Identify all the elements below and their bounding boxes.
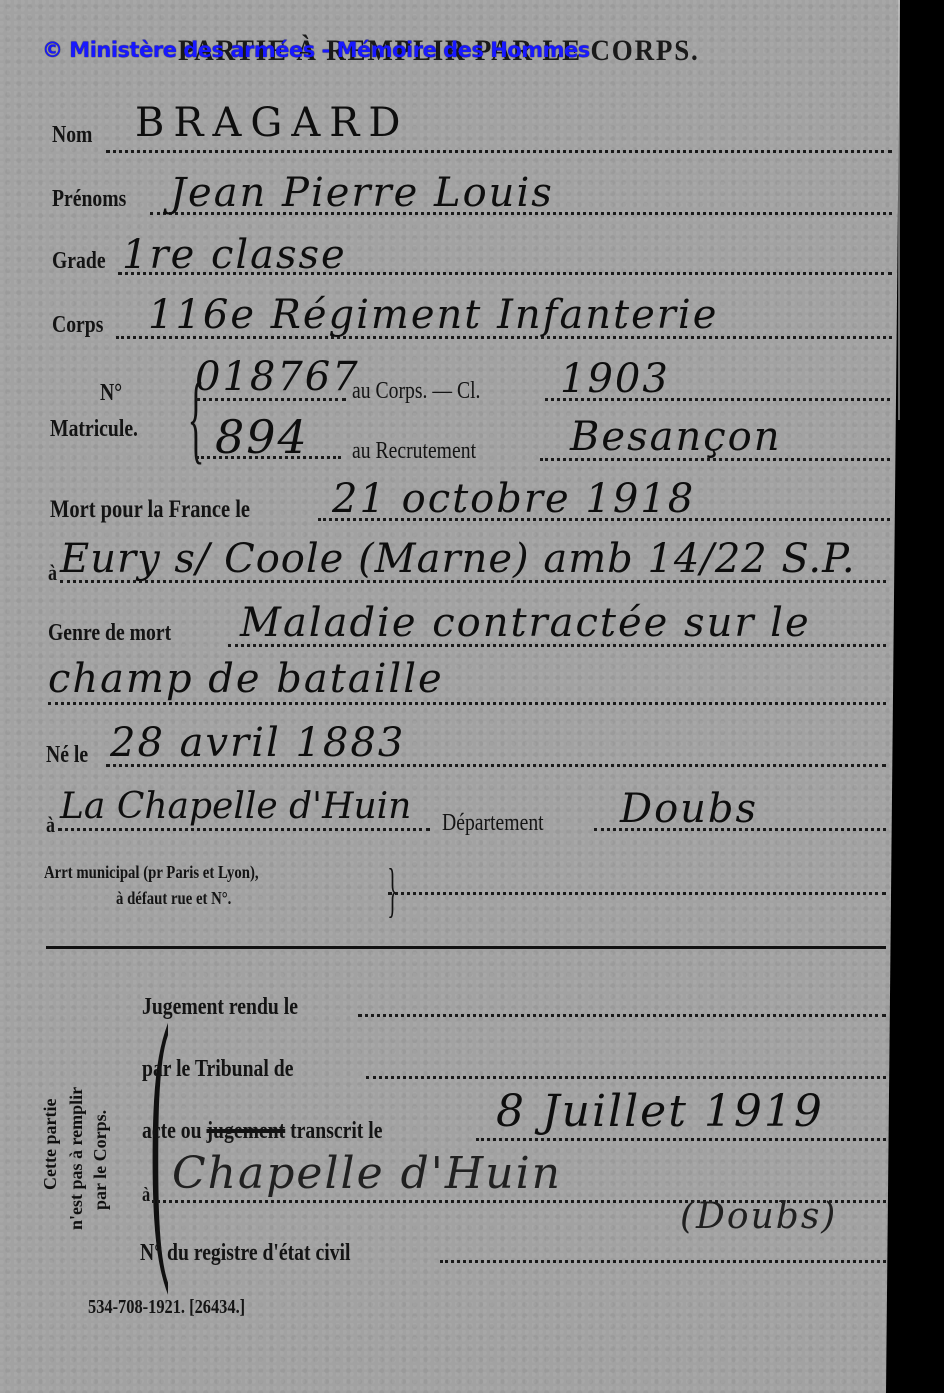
transcrit-label-b: transcrit le xyxy=(290,1118,382,1144)
prenoms-label: Prénoms xyxy=(52,186,126,213)
nom-value: BRAGARD xyxy=(135,100,409,146)
naissance-label: Né le xyxy=(46,742,88,769)
genre-mort-value-1: Maladie contractée sur le xyxy=(240,600,811,646)
genre-mort-label: Genre de mort xyxy=(48,620,171,647)
registre-line xyxy=(440,1260,886,1263)
transcrit-value: 8 Juillet 1919 xyxy=(496,1086,824,1137)
arrondissement-line xyxy=(388,892,886,895)
side-note-line-2: n'est pas à remplir xyxy=(66,1087,87,1230)
recrutement-place-value: Besançon xyxy=(570,414,781,460)
au-recrutement-label: au Recrutement xyxy=(352,438,476,465)
side-note-line-1: Cette partie xyxy=(40,1099,61,1190)
prenoms-value: Jean Pierre Louis xyxy=(170,170,554,216)
lieu-naissance-label: à xyxy=(46,812,55,838)
jugement-line xyxy=(358,1014,886,1017)
registre-label: N° du registre d'état civil xyxy=(140,1240,350,1267)
arrondissement-brace: } xyxy=(387,860,397,920)
mort-value: 21 octobre 1918 xyxy=(332,476,695,522)
genre-mort-value-2: champ de bataille xyxy=(48,656,444,702)
lieu-naissance-line xyxy=(58,828,430,831)
side-note-line-3: par le Corps. xyxy=(90,1110,111,1210)
copyright-watermark: © Ministère des armées - Mémoire des Hom… xyxy=(42,38,590,62)
recrutement-no-value: 894 xyxy=(215,410,309,464)
matricule-corps-value: 018767 xyxy=(195,354,360,400)
section-divider xyxy=(46,946,886,949)
lieu-transcription-value: Chapelle d'Huin xyxy=(172,1148,562,1199)
departement-label: Département xyxy=(442,810,544,837)
lieu-naissance-value: La Chapelle d'Huin xyxy=(60,786,411,827)
corps-value: 116e Régiment Infanterie xyxy=(148,292,718,338)
nom-label: Nom xyxy=(52,122,92,149)
print-reference: 534-708-1921. [26434.] xyxy=(88,1296,245,1319)
arrondissement-label-1: Arrt municipal (pr Paris et Lyon), xyxy=(44,862,259,883)
naissance-value: 28 avril 1883 xyxy=(110,720,405,766)
nom-line xyxy=(106,150,892,153)
departement-value: Doubs xyxy=(620,786,758,832)
transcrit-line xyxy=(476,1138,886,1141)
grade-value: 1re classe xyxy=(122,232,347,278)
grade-label: Grade xyxy=(52,248,106,275)
transcrit-label-a: acte ou xyxy=(142,1118,202,1144)
tribunal-label: par le Tribunal de xyxy=(142,1056,293,1083)
transcrit-label-struck: jugement xyxy=(206,1118,285,1144)
au-corps-label: au Corps. — Cl. xyxy=(352,378,480,405)
mort-label: Mort pour la France le xyxy=(50,496,250,524)
arrondissement-label-2: à défaut rue et N°. xyxy=(116,888,231,909)
corps-label: Corps xyxy=(52,312,103,339)
matricule-label-no: N° xyxy=(100,380,122,407)
side-note: Cette partie n'est pas à remplir par le … xyxy=(36,1040,116,1260)
lieu-transcription-value-2: (Doubs) xyxy=(680,1196,837,1237)
lieu-deces-value: Eury s/ Coole (Marne) amb 14/22 S.P. xyxy=(60,536,856,582)
classe-value: 1903 xyxy=(560,356,670,402)
tribunal-line xyxy=(366,1076,886,1079)
lieu-transcription-label: à xyxy=(142,1184,150,1207)
transcrit-label: acte ou jugement transcrit le xyxy=(142,1118,382,1145)
matricule-label: Matricule. xyxy=(50,416,138,443)
jugement-label: Jugement rendu le xyxy=(142,994,298,1021)
card-edge xyxy=(898,0,900,420)
lieu-deces-label: à xyxy=(48,560,57,586)
genre-mort-line-2 xyxy=(48,702,886,705)
